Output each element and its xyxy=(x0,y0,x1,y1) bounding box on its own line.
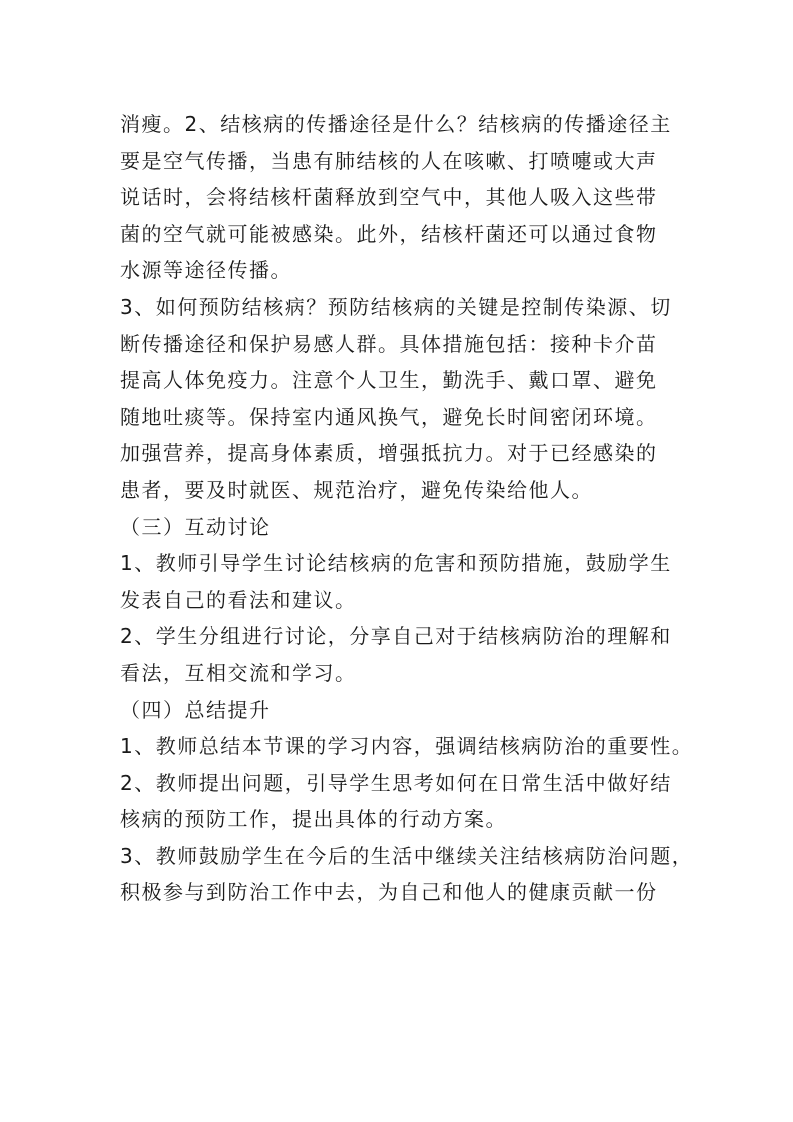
text-line: 随地吐痰等。保持室内通风换气，避免长时间密闭环境。 xyxy=(120,399,680,436)
paragraph-prevention: 3、如何预防结核病？预防结核病的关键是控制传染源、切 断传播途径和保护易感人群。… xyxy=(120,289,680,509)
text-line: 3、教师鼓励学生在今后的生活中继续关注结核病防治问题， xyxy=(120,838,680,875)
text-line: 3、如何预防结核病？预防结核病的关键是控制传染源、切 xyxy=(120,289,680,326)
paragraph-summary-3: 3、教师鼓励学生在今后的生活中继续关注结核病防治问题， 积极参与到防治工作中去，… xyxy=(120,838,680,911)
paragraph-summary-1: 1、教师总结本节课的学习内容，强调结核病防治的重要性。 xyxy=(120,728,680,765)
text-line: 1、教师引导学生讨论结核病的危害和预防措施，鼓励学生 xyxy=(120,545,680,582)
text-line: 水源等途径传播。 xyxy=(120,252,680,289)
text-line: 看法，互相交流和学习。 xyxy=(120,655,680,692)
text-line: 核病的预防工作，提出具体的行动方案。 xyxy=(120,801,680,838)
text-line: 患者，要及时就医、规范治疗，避免传染给他人。 xyxy=(120,472,680,509)
text-line: 发表自己的看法和建议。 xyxy=(120,582,680,619)
document-page: 消瘦。2、结核病的传播途径是什么？结核病的传播途径主 要是空气传播，当患有肺结核… xyxy=(120,106,680,911)
paragraph-summary-2: 2、教师提出问题，引导学生思考如何在日常生活中做好结 核病的预防工作，提出具体的… xyxy=(120,765,680,838)
text-line: 2、学生分组进行讨论，分享自己对于结核病防治的理解和 xyxy=(120,618,680,655)
text-line: 1、教师总结本节课的学习内容，强调结核病防治的重要性。 xyxy=(120,728,680,765)
heading-text: （四）总结提升 xyxy=(120,692,680,729)
text-line: 要是空气传播，当患有肺结核的人在咳嗽、打喷嚏或大声 xyxy=(120,143,680,180)
section-heading-discussion: （三）互动讨论 xyxy=(120,509,680,546)
paragraph-discussion-1: 1、教师引导学生讨论结核病的危害和预防措施，鼓励学生 发表自己的看法和建议。 xyxy=(120,545,680,618)
text-line: 加强营养，提高身体素质，增强抵抗力。对于已经感染的 xyxy=(120,435,680,472)
text-line: 消瘦。2、结核病的传播途径是什么？结核病的传播途径主 xyxy=(120,106,680,143)
text-line: 菌的空气就可能被感染。此外，结核杆菌还可以通过食物 xyxy=(120,216,680,253)
paragraph-transmission: 消瘦。2、结核病的传播途径是什么？结核病的传播途径主 要是空气传播，当患有肺结核… xyxy=(120,106,680,289)
paragraph-discussion-2: 2、学生分组进行讨论，分享自己对于结核病防治的理解和 看法，互相交流和学习。 xyxy=(120,618,680,691)
text-line: 提高人体免疫力。注意个人卫生，勤洗手、戴口罩、避免 xyxy=(120,362,680,399)
text-line: 说话时，会将结核杆菌释放到空气中，其他人吸入这些带 xyxy=(120,179,680,216)
heading-text: （三）互动讨论 xyxy=(120,509,680,546)
text-line: 2、教师提出问题，引导学生思考如何在日常生活中做好结 xyxy=(120,765,680,802)
text-line: 断传播途径和保护易感人群。具体措施包括：接种卡介苗 xyxy=(120,326,680,363)
text-line: 积极参与到防治工作中去，为自己和他人的健康贡献一份 xyxy=(120,874,680,911)
section-heading-summary: （四）总结提升 xyxy=(120,692,680,729)
